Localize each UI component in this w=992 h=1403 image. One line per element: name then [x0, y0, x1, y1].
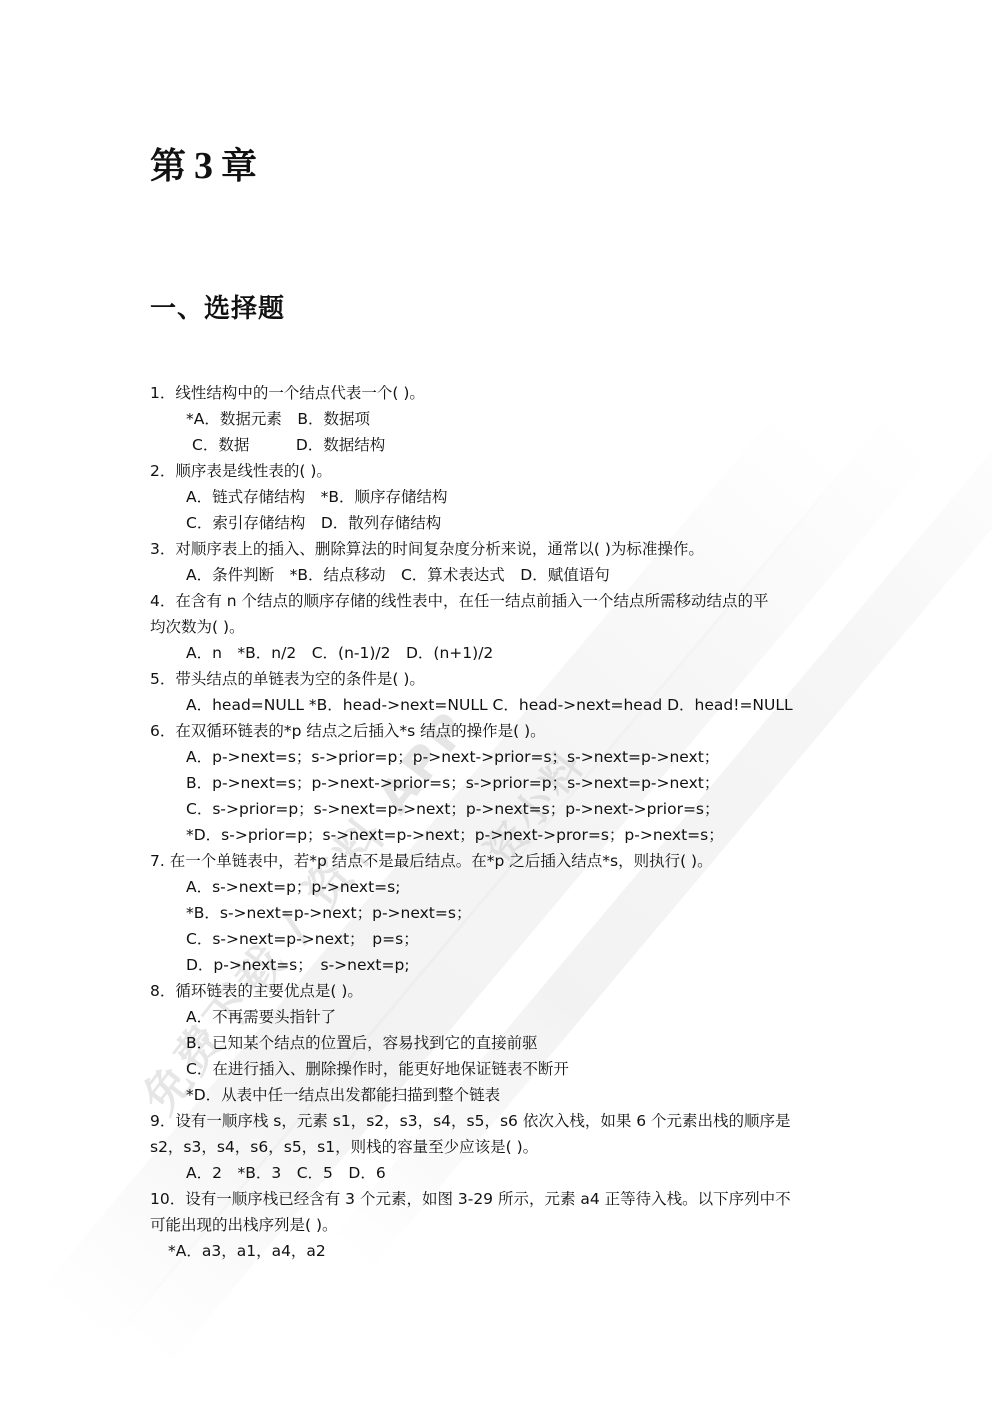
question-stem: 4．在含有 n 个结点的顺序存储的线性表中，在任一结点前插入一个结点所需移动结点…	[150, 588, 850, 614]
answer-option: A．2 *B．3 C．5 D．6	[150, 1160, 850, 1186]
question-10: 10．设有一顺序栈已经含有 3 个元素，如图 3-29 所示，元素 a4 正等待…	[150, 1186, 850, 1264]
answer-option: *A．a3，a1，a4，a2	[150, 1238, 850, 1264]
answer-option: A．链式存储结构 *B．顺序存储结构	[150, 484, 850, 510]
question-stem: s2，s3，s4，s6，s5，s1，则栈的容量至少应该是( )。	[150, 1134, 850, 1160]
answer-option: C．在进行插入、删除操作时，能更好地保证链表不断开	[150, 1056, 850, 1082]
chapter-suffix: 章	[221, 146, 259, 187]
answer-option: A．head=NULL *B．head->next=NULL C．head->n…	[150, 692, 850, 718]
answer-option: *B．s->next=p->next；p->next=s；	[150, 900, 850, 926]
answer-option: D．p->next=s； s->next=p;	[150, 952, 850, 978]
answer-option: A．条件判断 *B．结点移动 C．算术表达式 D．赋值语句	[150, 562, 850, 588]
answer-option: A．n *B．n/2 C．(n-1)/2 D．(n+1)/2	[150, 640, 850, 666]
question-stem: 可能出现的出栈序列是( )。	[150, 1212, 850, 1238]
chapter-title: 第3章	[150, 138, 259, 189]
question-stem: 1．线性结构中的一个结点代表一个( )。	[150, 380, 850, 406]
answer-option: C．s->next=p->next； p=s；	[150, 926, 850, 952]
question-8: 8．循环链表的主要优点是( )。A．不再需要头指针了B．已知某个结点的位置后，容…	[150, 978, 850, 1108]
question-7: 7. 在一个单链表中，若*p 结点不是最后结点。在*p 之后插入结点*s，则执行…	[150, 848, 850, 978]
chapter-prefix: 第	[150, 146, 188, 187]
section-title: 一、选择题	[150, 288, 285, 325]
question-5: 5．带头结点的单链表为空的条件是( )。A．head=NULL *B．head-…	[150, 666, 850, 718]
question-stem: 7. 在一个单链表中，若*p 结点不是最后结点。在*p 之后插入结点*s，则执行…	[150, 848, 850, 874]
chapter-number: 3	[194, 145, 215, 187]
answer-option: B．p->next=s；p->next->prior=s；s->prior=p；…	[150, 770, 850, 796]
answer-option: *D．s->prior=p；s->next=p->next；p->next->p…	[150, 822, 850, 848]
answer-option: C．s->prior=p；s->next=p->next；p->next=s；p…	[150, 796, 850, 822]
question-stem: 2．顺序表是线性表的( )。	[150, 458, 850, 484]
question-stem: 均次数为( )。	[150, 614, 850, 640]
answer-option: A．不再需要头指针了	[150, 1004, 850, 1030]
answer-option: *D．从表中任一结点出发都能扫描到整个链表	[150, 1082, 850, 1108]
answer-option: *A．数据元素 B．数据项	[150, 406, 850, 432]
question-stem: 6．在双循环链表的*p 结点之后插入*s 结点的操作是( )。	[150, 718, 850, 744]
question-stem: 8．循环链表的主要优点是( )。	[150, 978, 850, 1004]
question-2: 2．顺序表是线性表的( )。A．链式存储结构 *B．顺序存储结构C．索引存储结构…	[150, 458, 850, 536]
question-stem: 10．设有一顺序栈已经含有 3 个元素，如图 3-29 所示，元素 a4 正等待…	[150, 1186, 850, 1212]
answer-option: C．数据 D．数据结构	[150, 432, 850, 458]
answer-option: A．p->next=s；s->prior=p；p->next->prior=s；…	[150, 744, 850, 770]
question-1: 1．线性结构中的一个结点代表一个( )。*A．数据元素 B．数据项C．数据 D．…	[150, 380, 850, 458]
answer-option: B．已知某个结点的位置后，容易找到它的直接前驱	[150, 1030, 850, 1056]
question-3: 3．对顺序表上的插入、删除算法的时间复杂度分析来说，通常以( )为标准操作。A．…	[150, 536, 850, 588]
answer-option: A．s->next=p；p->next=s;	[150, 874, 850, 900]
question-stem: 5．带头结点的单链表为空的条件是( )。	[150, 666, 850, 692]
question-4: 4．在含有 n 个结点的顺序存储的线性表中，在任一结点前插入一个结点所需移动结点…	[150, 588, 850, 666]
question-stem: 9．设有一顺序栈 s，元素 s1，s2，s3，s4，s5，s6 依次入栈，如果 …	[150, 1108, 850, 1134]
question-6: 6．在双循环链表的*p 结点之后插入*s 结点的操作是( )。A．p->next…	[150, 718, 850, 848]
question-9: 9．设有一顺序栈 s，元素 s1，s2，s3，s4，s5，s6 依次入栈，如果 …	[150, 1108, 850, 1186]
answer-option: C．索引存储结构 D．散列存储结构	[150, 510, 850, 536]
question-stem: 3．对顺序表上的插入、删除算法的时间复杂度分析来说，通常以( )为标准操作。	[150, 536, 850, 562]
question-list: 1．线性结构中的一个结点代表一个( )。*A．数据元素 B．数据项C．数据 D．…	[150, 380, 850, 1264]
